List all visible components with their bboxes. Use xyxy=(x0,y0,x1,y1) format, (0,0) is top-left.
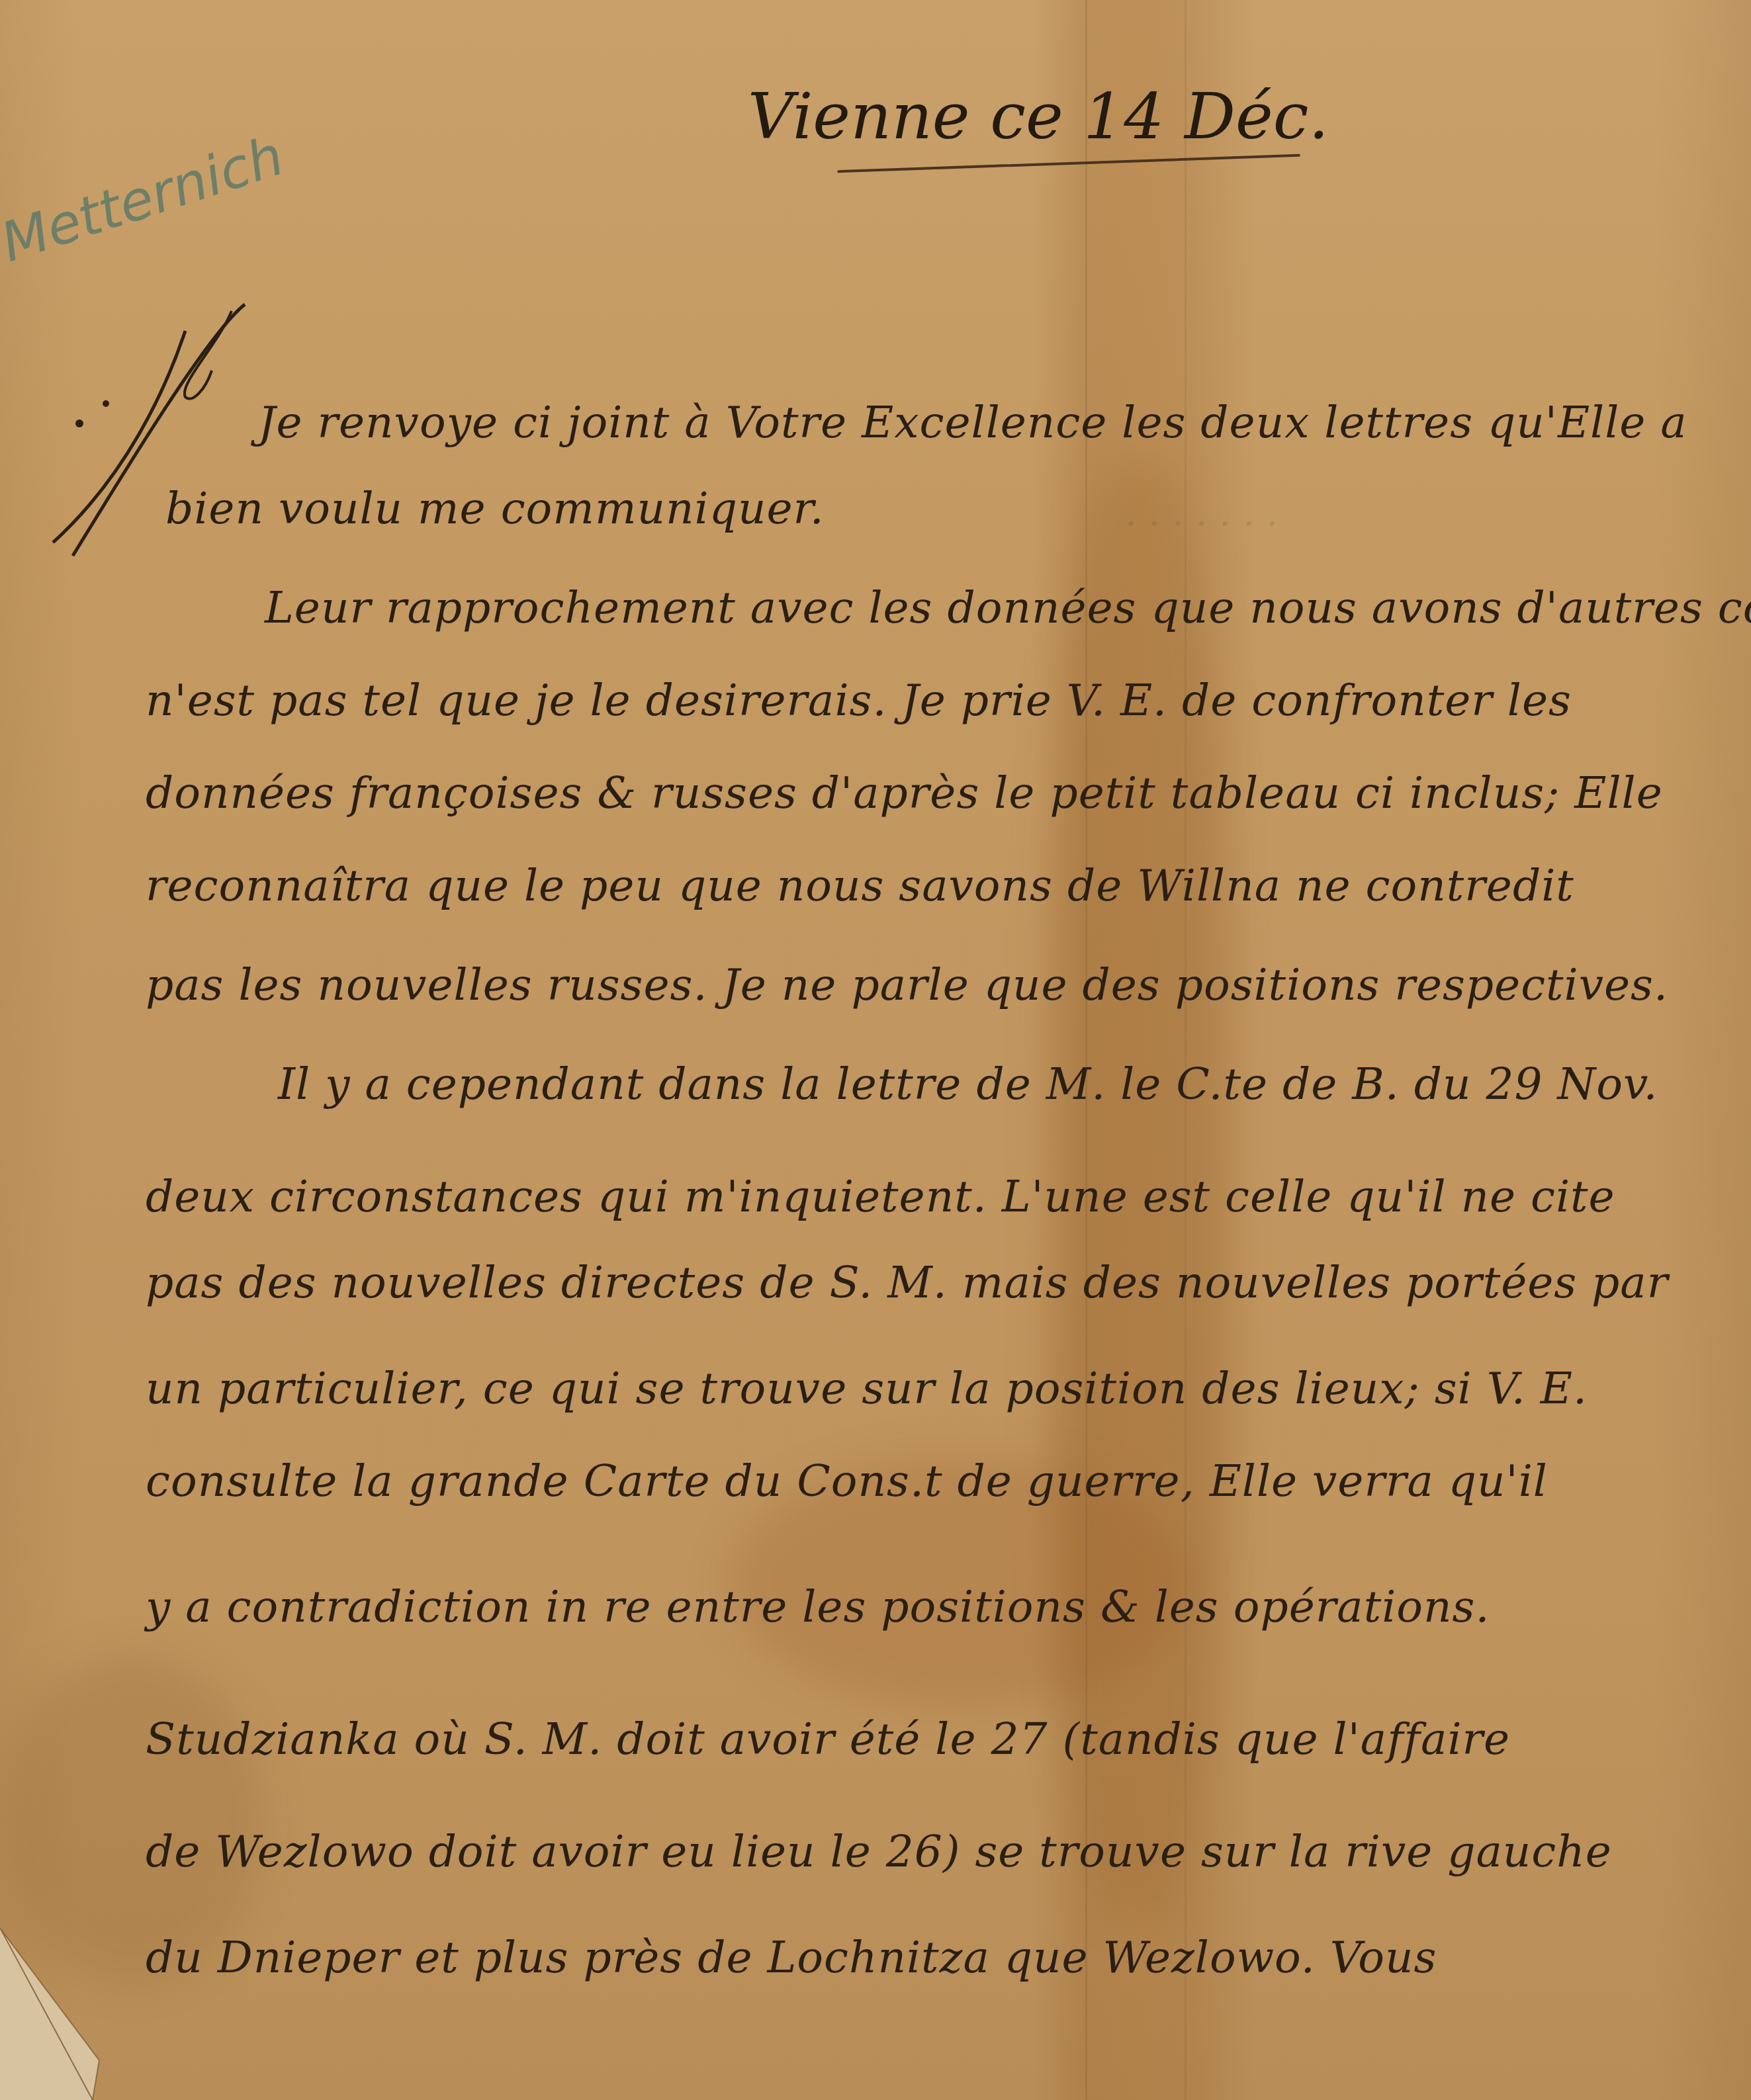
letter-line: du Dnieper et plus près de Lochnitza que… xyxy=(146,1932,1437,1983)
letter-line: pas des nouvelles directes de S. M. mais… xyxy=(146,1257,1668,1308)
paper-fold xyxy=(1085,0,1087,2100)
reverse-side-bleed: · · · · · · · xyxy=(1125,503,1278,546)
letter-line: de Wezlowo doit avoir eu lieu le 26) se … xyxy=(146,1826,1612,1877)
letter-page: · · · · · · · Vienne ce 14 Déc. Metterni… xyxy=(0,0,1751,2100)
archival-annotation: Metternich xyxy=(0,124,291,275)
letter-line: Studzianka où S. M. doit avoir été le 27… xyxy=(146,1714,1510,1765)
letter-line: données françoises & russes d'après le p… xyxy=(146,767,1663,818)
letter-line: pas les nouvelles russes. Je ne parle qu… xyxy=(146,959,1668,1010)
letter-line: un particulier, ce qui se trouve sur la … xyxy=(146,1363,1588,1414)
letter-line: Leur rapprochement avec les données que … xyxy=(265,582,1751,633)
letter-line: n'est pas tel que je le desirerais. Je p… xyxy=(146,675,1572,726)
letter-line: reconnaîtra que le peu que nous savons d… xyxy=(146,860,1574,911)
letter-line: Il y a cependant dans la lettre de M. le… xyxy=(278,1059,1658,1110)
paper-fold xyxy=(1185,0,1187,2100)
dateline-underline xyxy=(837,154,1300,173)
letter-line: deux circonstances qui m'inquietent. L'u… xyxy=(146,1171,1615,1222)
letter-line: bien voulu me communiquer. xyxy=(165,483,825,534)
letter-line: Je renvoye ci joint à Votre Excellence l… xyxy=(258,397,1687,448)
letter-line: consulte la grande Carte du Cons.t de gu… xyxy=(146,1456,1548,1507)
torn-corner-icon xyxy=(0,1928,106,2100)
dateline: Vienne ce 14 Déc. xyxy=(748,79,1329,153)
letter-line: y a contradiction in re entre les positi… xyxy=(146,1581,1490,1632)
